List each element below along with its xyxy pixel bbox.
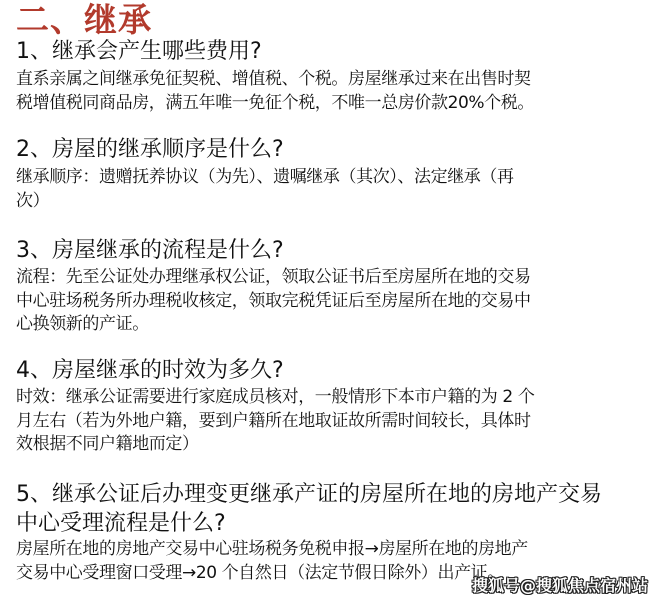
answer-4-line-1: 时效：继承公证需要进行家庭成员核对，一般情形下本市户籍的为 2 个: [16, 386, 652, 410]
answer-3-line-2: 中心驻场税务所办理税收核定，领取完税凭证后至房屋所在地的交易中: [16, 290, 652, 314]
answer-4-line-2: 月左右（若为外地户籍，要到户籍所在地取证故所需时间较长，具体时: [16, 410, 652, 434]
answer-5-line-1: 房屋所在地的房地产交易中心驻场税务免税申报→房屋所在地的房地产: [16, 538, 652, 562]
answer-1-line-1: 直系亲属之间继承免征契税、增值税、个税。房屋继承过来在出售时契: [16, 68, 652, 92]
question-5-line-1: 5、继承公证后办理变更继承产证的房屋所在地的房地产交易: [16, 480, 602, 509]
watermark: 搜狐号@搜狐焦点宿州站: [472, 576, 648, 596]
answer-4-line-3: 效根据不同户籍地而定）: [16, 433, 652, 457]
answer-4: 时效：继承公证需要进行家庭成员核对，一般情形下本市户籍的为 2 个 月左右（若为…: [16, 386, 652, 457]
answer-2-line-2: 次）: [16, 190, 652, 214]
answer-1: 直系亲属之间继承免征契税、增值税、个税。房屋继承过来在出售时契 税增值税同商品房…: [16, 68, 652, 115]
answer-2-line-1: 继承顺序：遗赠抚养协议（为先）、遗嘱继承（其次）、法定继承（再: [16, 166, 652, 190]
question-4: 4、房屋继承的时效为多久?: [16, 357, 284, 385]
document-page: 二、继承 1、继承会产生哪些费用? 直系亲属之间继承免征契税、增值税、个税。房屋…: [0, 0, 660, 602]
section-title: 二、继承: [16, 0, 152, 40]
answer-2: 继承顺序：遗赠抚养协议（为先）、遗嘱继承（其次）、法定继承（再 次）: [16, 166, 652, 213]
answer-3-line-3: 心换领新的产证。: [16, 313, 652, 337]
question-3: 3、房屋继承的流程是什么?: [16, 237, 284, 265]
question-5: 5、继承公证后办理变更继承产证的房屋所在地的房地产交易 中心受理流程是什么?: [16, 480, 602, 538]
answer-1-line-2: 税增值税同商品房，满五年唯一免征个税，不唯一总房价款20%个税。: [16, 92, 652, 116]
question-5-line-2: 中心受理流程是什么?: [16, 509, 602, 538]
answer-3: 流程：先至公证处办理继承权公证，领取公证书后至房屋所在地的交易 中心驻场税务所办…: [16, 266, 652, 337]
question-1: 1、继承会产生哪些费用?: [16, 38, 262, 66]
answer-3-line-1: 流程：先至公证处办理继承权公证，领取公证书后至房屋所在地的交易: [16, 266, 652, 290]
question-2: 2、房屋的继承顺序是什么?: [16, 136, 284, 164]
